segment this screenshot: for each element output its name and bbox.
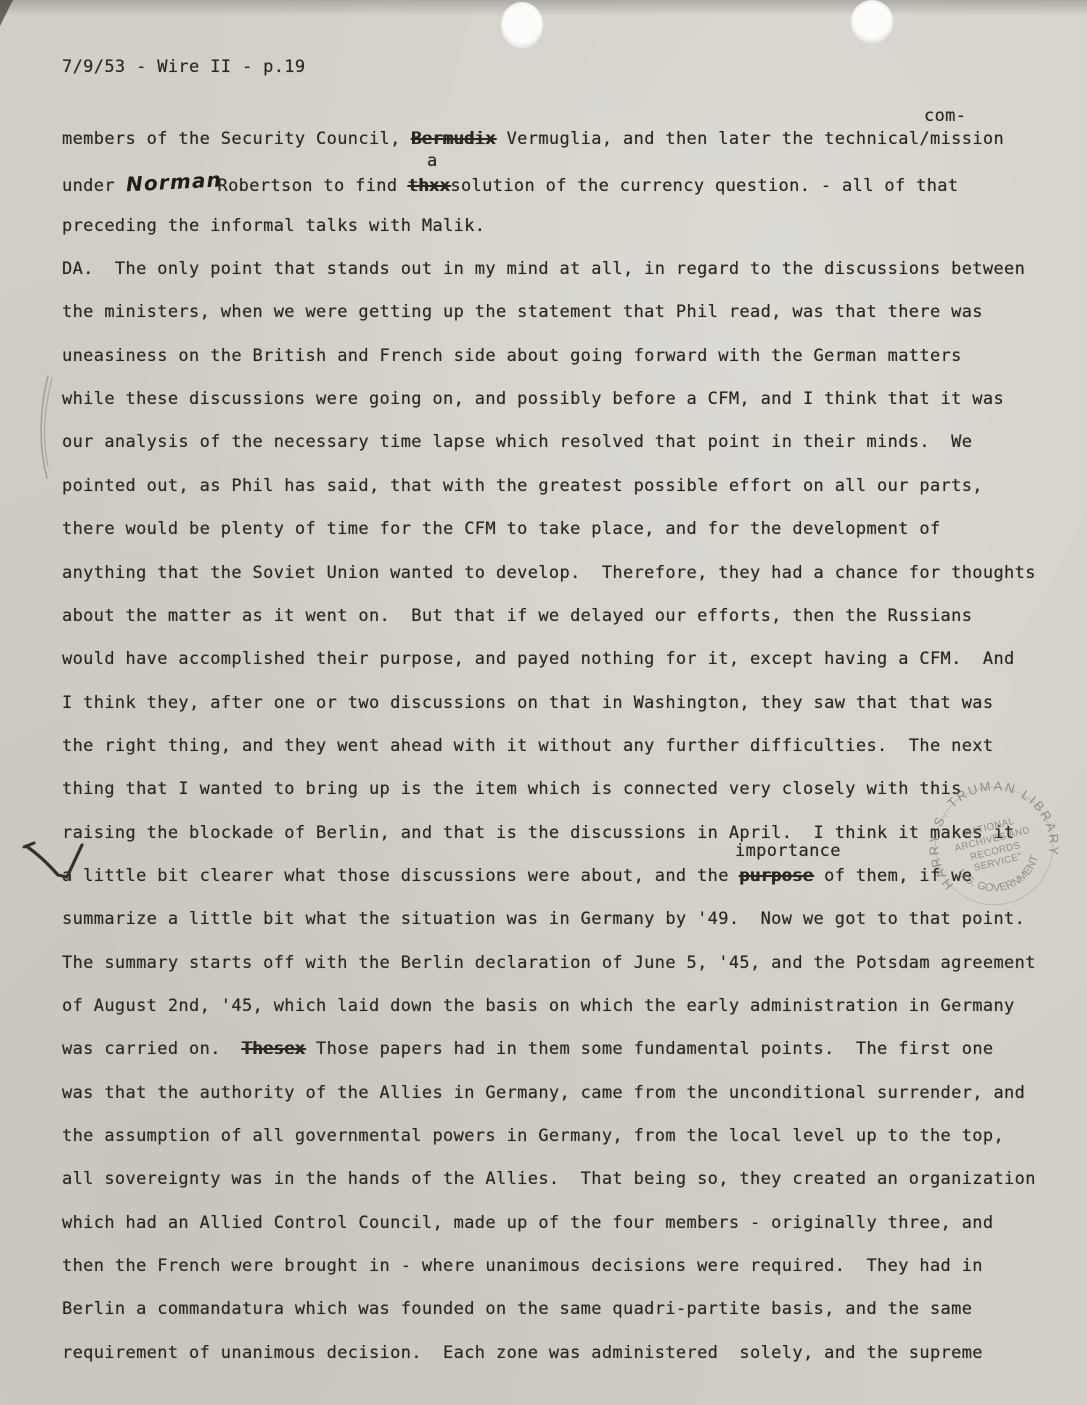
typed-text: would have accomplished their purpose, a…: [62, 649, 1015, 669]
typed-line: then the French were brought in - where …: [62, 1256, 983, 1276]
typed-line: The summary starts off with the Berlin d…: [62, 953, 1036, 973]
typed-line: preceding the informal talks with Malik.: [62, 216, 485, 236]
typed-line: raising the blockade of Berlin, and that…: [62, 823, 1015, 843]
typed-text: members of the Security Council,: [62, 129, 411, 149]
typed-text: the ministers, when we were getting up t…: [62, 302, 983, 322]
typed-text: about the matter as it went on. But that…: [62, 606, 972, 626]
typed-text: all sovereignty was in the hands of the …: [62, 1169, 1036, 1189]
typed-text: I think they, after one or two discussio…: [62, 693, 993, 713]
typed-line: summarize a little bit what the situatio…: [62, 909, 1025, 929]
struck-text: Bermudix: [411, 129, 496, 149]
typed-text: Those papers had in them some fundamenta…: [305, 1039, 993, 1059]
typed-line: was carried on. Thesex Those papers had …: [62, 1039, 993, 1059]
typed-line: a little bit clearer what those discussi…: [62, 866, 972, 886]
typed-line: the assumption of all governmental power…: [62, 1126, 1004, 1146]
typed-line: under NormanRobertson to find thxxsoluti…: [62, 172, 958, 196]
typed-line: there would be plenty of time for the CF…: [62, 519, 941, 539]
handwritten-name: Norman: [125, 168, 218, 197]
punch-hole-left: [501, 2, 543, 47]
struck-text: purpose: [739, 866, 813, 886]
typed-text: summarize a little bit what the situatio…: [62, 909, 1025, 929]
typed-text: solution of the currency question. - all…: [450, 176, 958, 196]
typed-text: The summary starts off with the Berlin d…: [62, 953, 1036, 973]
typed-line: the ministers, when we were getting up t…: [62, 302, 983, 322]
typed-line: of August 2nd, '45, which laid down the …: [62, 996, 1015, 1016]
typed-line: was that the authority of the Allies in …: [62, 1083, 1025, 1103]
typed-text: Robertson to find: [218, 176, 409, 196]
typed-line: while these discussions were going on, a…: [62, 389, 1004, 409]
page-header: 7/9/53 - Wire II - p.19: [62, 57, 305, 77]
insertion-com: com-: [924, 106, 966, 126]
typed-text: under: [62, 176, 126, 196]
struck-text: thxx: [408, 176, 450, 196]
typed-line: requirement of unanimous decision. Each …: [62, 1343, 983, 1363]
typed-text: raising the blockade of Berlin, and that…: [62, 823, 1015, 843]
typed-text: the right thing, and they went ahead wit…: [62, 736, 993, 756]
typed-text: requirement of unanimous decision. Each …: [62, 1343, 983, 1363]
typed-text: Berlin a commandatura which was founded …: [62, 1299, 972, 1319]
margin-pencil-mark: [34, 372, 64, 482]
typed-line: DA. The only point that stands out in my…: [62, 259, 1025, 279]
insert-caret-mark: [20, 838, 88, 890]
typed-text: then the French were brought in - where …: [62, 1256, 983, 1276]
struck-text: Thesex: [242, 1039, 306, 1059]
typed-line: Berlin a commandatura which was founded …: [62, 1299, 972, 1319]
typed-text: uneasiness on the British and French sid…: [62, 346, 962, 366]
typed-line: our analysis of the necessary time lapse…: [62, 432, 972, 452]
typed-text: DA. The only point that stands out in my…: [62, 259, 1025, 279]
typed-text: preceding the informal talks with Malik.: [62, 216, 485, 236]
typed-text: our analysis of the necessary time lapse…: [62, 432, 972, 452]
typed-text: there would be plenty of time for the CF…: [62, 519, 941, 539]
typed-line: thing that I wanted to bring up is the i…: [62, 779, 962, 799]
typed-text: while these discussions were going on, a…: [62, 389, 1004, 409]
typed-text: Vermuglia, and then later the technical/…: [496, 129, 1004, 149]
typed-text: of August 2nd, '45, which laid down the …: [62, 996, 1015, 1016]
scan-corner-artifact: [0, 0, 13, 26]
typed-line: I think they, after one or two discussio…: [62, 693, 993, 713]
typed-text: was carried on.: [62, 1039, 242, 1059]
typed-line: uneasiness on the British and French sid…: [62, 346, 962, 366]
insertion-a: a: [427, 151, 438, 171]
typed-text: was that the authority of the Allies in …: [62, 1083, 1025, 1103]
insertion-importance: importance: [735, 841, 841, 861]
punch-hole-right: [851, 0, 893, 42]
typed-text: pointed out, as Phil has said, that with…: [62, 476, 983, 496]
typed-line: all sovereignty was in the hands of the …: [62, 1169, 1036, 1189]
typed-line: anything that the Soviet Union wanted to…: [62, 563, 1036, 583]
typed-text: a little bit clearer what those discussi…: [62, 866, 739, 886]
typed-line: pointed out, as Phil has said, that with…: [62, 476, 983, 496]
typed-text: the assumption of all governmental power…: [62, 1126, 1004, 1146]
typed-text: which had an Allied Control Council, mad…: [62, 1213, 993, 1233]
typed-line: would have accomplished their purpose, a…: [62, 649, 1015, 669]
typed-line: the right thing, and they went ahead wit…: [62, 736, 993, 756]
typed-text: thing that I wanted to bring up is the i…: [62, 779, 962, 799]
typed-line: about the matter as it went on. But that…: [62, 606, 972, 626]
typed-line: which had an Allied Control Council, mad…: [62, 1213, 993, 1233]
typed-line: members of the Security Council, Bermudi…: [62, 129, 1004, 149]
typed-text: anything that the Soviet Union wanted to…: [62, 563, 1036, 583]
document-page: 7/9/53 - Wire II - p.19 members of the S…: [0, 0, 1087, 1405]
